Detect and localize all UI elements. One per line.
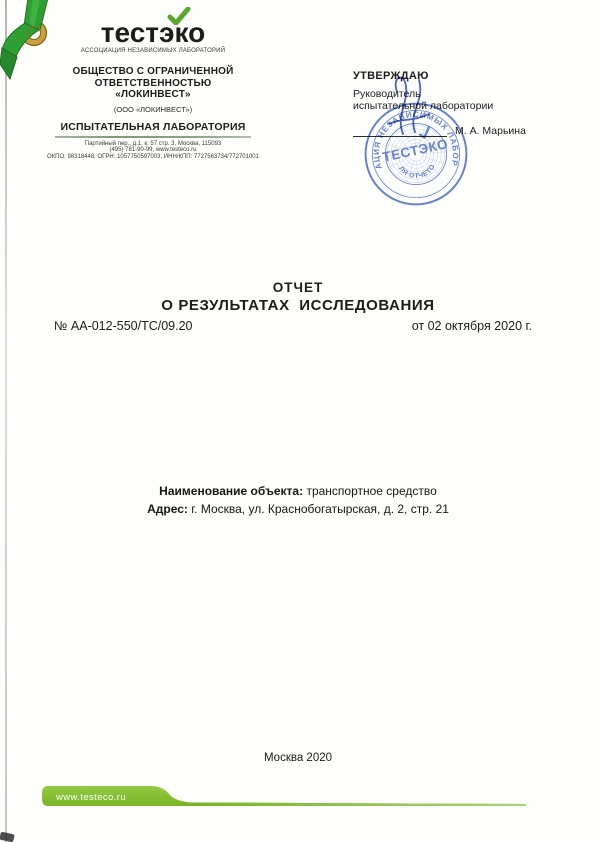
logo-tagline: АССОЦИАЦИЯ НЕЗАВИСИМЫХ ЛАБОРАТОРИЙ <box>40 48 266 54</box>
report-number: № АА-012-550/ТС/09.20 <box>54 319 192 333</box>
org-short-name: (ООО «ЛОКИНВЕСТ») <box>40 105 266 114</box>
website-url: www.testeco.ru <box>55 792 126 803</box>
object-address-value: г. Москва, ул. Краснобогатырская, д. 2, … <box>191 502 449 516</box>
object-address-line: Адрес: г. Москва, ул. Краснобогатырская,… <box>0 500 596 518</box>
divider-rule <box>55 136 251 138</box>
org-codes-line: ОКПО: 98318448; ОГРН: 1057750597003; ИНН… <box>40 154 266 161</box>
banner-tail-line <box>192 803 526 807</box>
scan-corner-mark <box>0 832 15 842</box>
org-name-block: ОБЩЕСТВО С ОГРАНИЧЕННОЙ ОТВЕТСТВЕННОСТЬЮ… <box>40 66 266 161</box>
org-name-line3: «ЛОКИНВЕСТ» <box>40 89 266 101</box>
report-title-line2: О РЕЗУЛЬТАТАХ ИССЛЕДОВАНИЯ <box>0 297 596 314</box>
report-title-line1: ОТЧЕТ <box>0 280 596 295</box>
lab-title: ИСПЫТАТЕЛЬНАЯ ЛАБОРАТОРИЯ <box>40 121 266 133</box>
org-name-line1: ОБЩЕСТВО С ОГРАНИЧЕННОЙ <box>40 66 266 78</box>
document-page: тестэко АССОЦИАЦИЯ НЕЗАВИСИМЫХ ЛАБОРАТОР… <box>0 0 596 842</box>
report-title-block: ОТЧЕТ О РЕЗУЛЬТАТАХ ИССЛЕДОВАНИЯ № АА-01… <box>0 280 596 333</box>
city-year: Москва 2020 <box>0 752 596 764</box>
report-date: от 02 октября 2020 г. <box>412 319 532 333</box>
website-banner: www.testeco.ru <box>42 785 528 809</box>
letterhead: тестэко АССОЦИАЦИЯ НЕЗАВИСИМЫХ ЛАБОРАТОР… <box>40 18 266 161</box>
org-phone-line: (495) 781-90-99, www.testeco.ru <box>40 147 266 154</box>
handwritten-signature <box>381 72 441 140</box>
object-name-line: Наименование объекта: транспортное средс… <box>0 482 596 500</box>
object-name-label: Наименование объекта: <box>159 484 303 498</box>
object-info-block: Наименование объекта: транспортное средс… <box>0 482 596 518</box>
checkmark-icon <box>167 7 191 25</box>
object-address-label: Адрес: <box>147 502 188 516</box>
company-logo: тестэко <box>101 18 205 48</box>
org-name-line2: ОТВЕТСТВЕННОСТЬЮ <box>40 78 266 90</box>
object-name-value: транспортное средство <box>306 484 436 498</box>
scan-edge-line <box>5 0 7 842</box>
org-address-line: Партийный пер., д.1, к. 57 стр. 3, Москв… <box>40 141 266 148</box>
